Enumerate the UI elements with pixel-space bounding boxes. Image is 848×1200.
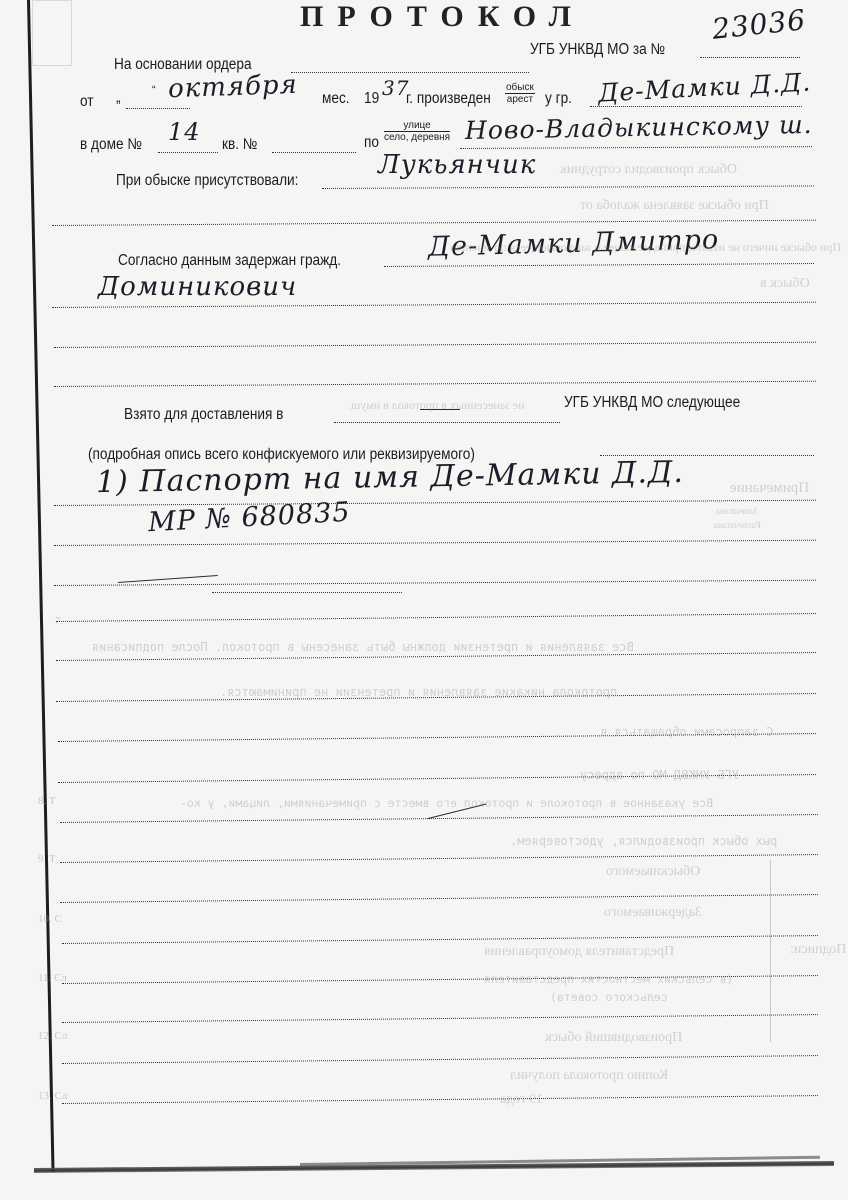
date-quote: „ (116, 89, 121, 107)
month-handwritten: октября (168, 70, 299, 105)
ruled-line (62, 935, 818, 944)
bleed-through-text: Обыск в (760, 276, 810, 292)
fraction-street: улице (384, 120, 450, 132)
order-agency: УГБ УНКВД МО за № (530, 41, 665, 59)
fraction-arrest: арест (505, 94, 535, 105)
fraction-search: обыск (505, 82, 535, 94)
protocol-page: 7. 8. Т 9. Т 10. С 11. Сл 12. Сл 13. Сл … (0, 0, 848, 1200)
bleed-through-text: Запечатана (716, 506, 758, 516)
bleed-through-text: Копию протокола получил (510, 1068, 668, 1084)
street-prefix: по (364, 134, 379, 152)
apt-label: кв. № (222, 136, 257, 154)
bleed-through-text: Примечание (730, 480, 809, 497)
document-title: ПРОТОКОЛ (300, 0, 585, 34)
street-dotline (460, 146, 812, 149)
order-number-dotline (700, 57, 800, 58)
inventory-item-2: МР № 680835 (147, 497, 351, 539)
bleed-through-text: рых обыск производился, удостоверяем. (510, 834, 777, 848)
detained-dotline (384, 263, 814, 267)
bleed-through-text: При обыске заявлена жалоба от (580, 198, 769, 214)
detained-handwritten-2: Доминикович (98, 272, 297, 302)
date-dotline (126, 108, 190, 109)
taken-label: Взято для доставления в (124, 406, 283, 424)
margin-ghost-number: 12. Сл (38, 1030, 67, 1042)
house-dotline (158, 152, 218, 153)
house-number: 14 (168, 118, 201, 146)
bleed-through-text: не занесенных в протокол в имущ. (348, 398, 525, 413)
bleed-through-text: УГБ УНКВД МО по адресу (580, 768, 739, 782)
bleed-through-text: Обыск производил сотрудник (560, 162, 737, 178)
margin-ghost-number: 13. Сл (38, 1090, 67, 1102)
house-label: в доме № (80, 136, 142, 154)
margin-ghost-box (32, 0, 72, 66)
detained-label: Согласно данным задержан гражд. (118, 252, 341, 270)
bleed-through-text: При обыске ничего не изъято, принадлежащ… (450, 240, 841, 255)
ruled-line (52, 302, 816, 308)
bleed-through-text: Производивший обыск (545, 1030, 682, 1046)
taken-dotline (334, 422, 560, 423)
year-prefix: 19 (364, 90, 379, 108)
year-suffix: г. произведен (406, 90, 491, 108)
ruled-line (54, 381, 816, 387)
ruled-line (54, 540, 816, 546)
ruled-line (62, 1055, 818, 1064)
bleed-through-text: Обыскиваемого (606, 864, 700, 880)
bleed-through-text: Распечатана (714, 520, 761, 530)
bleed-through-text: протокола никакие заявления и претензии … (220, 685, 617, 699)
scribble-mark (118, 575, 218, 583)
ruled-line (62, 1014, 818, 1023)
bleed-through-text: Задерживаемого (604, 905, 702, 921)
date-prefix: от (80, 93, 94, 111)
ruled-line (54, 500, 816, 506)
ruled-line (54, 342, 816, 348)
bleed-through-text: сельского совета) (550, 990, 668, 1004)
month-label: мес. (322, 90, 350, 108)
ruled-line (54, 580, 816, 586)
street-handwritten: Ново-Владыкинскому ш. (465, 110, 813, 145)
order-dotline (291, 72, 529, 73)
citizen-handwritten: Де-Мамки Д.Д. (597, 67, 812, 107)
bleed-through-text: 19 года (500, 1092, 543, 1108)
ruled-line (62, 1095, 818, 1104)
order-number: 23036 (711, 3, 808, 46)
present-dotline (322, 185, 814, 189)
binding-margin-line (27, 0, 55, 1172)
taken-agency: УГБ УНКВД МО следующее (564, 394, 740, 412)
bleed-through-text: Представителя домоуправления (484, 944, 674, 960)
bleed-through-bracket (770, 860, 771, 1042)
citizen-label: у гр. (545, 90, 572, 108)
date-quote-close: “ (152, 83, 156, 97)
ruled-line (60, 894, 818, 903)
bleed-through-text: С запросами обращаться в (600, 725, 773, 739)
bleed-through-text: (в сельских местностях представителя (484, 972, 733, 986)
fraction-village: село, деревня (384, 132, 450, 143)
bleed-through-text: Все заявления и претензии должны быть за… (92, 640, 634, 654)
margin-ghost-number: 8. Т (38, 795, 56, 807)
ruled-line (60, 854, 818, 863)
ruled-line (56, 613, 816, 622)
present-label: При обыске присутствовали: (116, 172, 298, 190)
bleed-through-text: Все указанное в протоколе и протокол его… (180, 796, 713, 810)
margin-ghost-number: 9. Т (38, 853, 56, 865)
bleed-through-text: Подписи: (790, 942, 846, 958)
present-handwritten: Лукьянчик (378, 150, 536, 180)
apt-dotline (272, 152, 356, 153)
search-arrest-fraction: обыск арест (505, 82, 535, 105)
street-village-fraction: улице село, деревня (384, 120, 450, 143)
margin-ghost-number: 10. С (38, 913, 62, 925)
scribble-mark (212, 592, 402, 593)
